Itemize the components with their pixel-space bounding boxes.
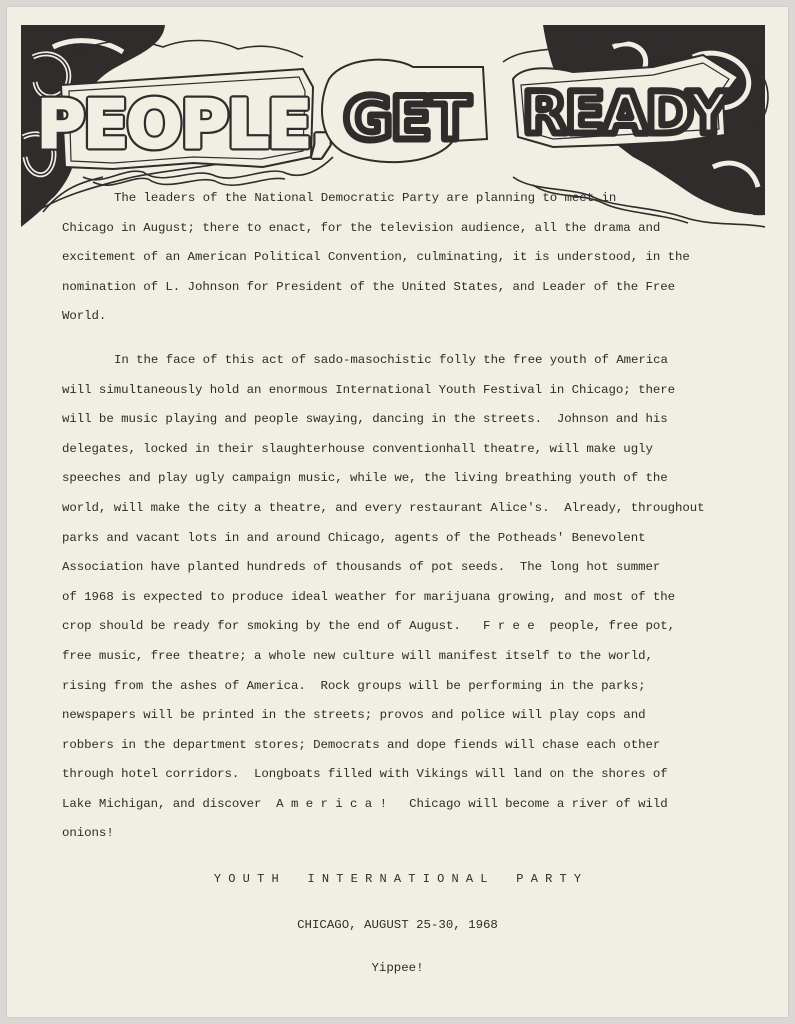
- banner-word-get: GET: [343, 84, 470, 154]
- text-line: Chicago in August; there to enact, for t…: [62, 214, 742, 244]
- text-line: rising from the ashes of America. Rock g…: [62, 672, 742, 702]
- text-line: In the face of this act of sado-masochis…: [62, 346, 742, 376]
- svg-text:PEOPLE,: PEOPLE,: [37, 86, 333, 163]
- organization-name: Y O U T H I N T E R N A T I O N A L P A …: [0, 872, 795, 886]
- text-line: Lake Michigan, and discover A m e r i c …: [62, 790, 742, 820]
- text-line: World.: [62, 302, 742, 332]
- text-line: excitement of an American Political Conv…: [62, 243, 742, 273]
- text-line: parks and vacant lots in and around Chic…: [62, 524, 742, 554]
- text-line: of 1968 is expected to produce ideal wea…: [62, 583, 742, 613]
- event-dates: CHICAGO, AUGUST 25-30, 1968: [0, 918, 795, 932]
- text-line: newspapers will be printed in the street…: [62, 701, 742, 731]
- paragraph-1: The leaders of the National Democratic P…: [62, 184, 742, 332]
- manifesto-body: The leaders of the National Democratic P…: [62, 184, 742, 849]
- text-line: free music, free theatre; a whole new cu…: [62, 642, 742, 672]
- sign-off: Yippee!: [0, 961, 795, 975]
- text-line: speeches and play ugly campaign music, w…: [62, 464, 742, 494]
- banner-word-ready: READY: [522, 79, 730, 147]
- text-line: Association have planted hundreds of tho…: [62, 553, 742, 583]
- text-line: robbers in the department stores; Democr…: [62, 731, 742, 761]
- text-line: The leaders of the National Democratic P…: [62, 184, 742, 214]
- text-line: onions!: [62, 819, 742, 849]
- text-line: through hotel corridors. Longboats fille…: [62, 760, 742, 790]
- text-line: nomination of L. Johnson for President o…: [62, 273, 742, 303]
- text-line: will simultaneously hold an enormous Int…: [62, 376, 742, 406]
- text-line: delegates, locked in their slaughterhous…: [62, 435, 742, 465]
- paragraph-2: In the face of this act of sado-masochis…: [62, 346, 742, 849]
- text-line: will be music playing and people swaying…: [62, 405, 742, 435]
- text-line: crop should be ready for smoking by the …: [62, 612, 742, 642]
- text-line: world, will make the city a theatre, and…: [62, 494, 742, 524]
